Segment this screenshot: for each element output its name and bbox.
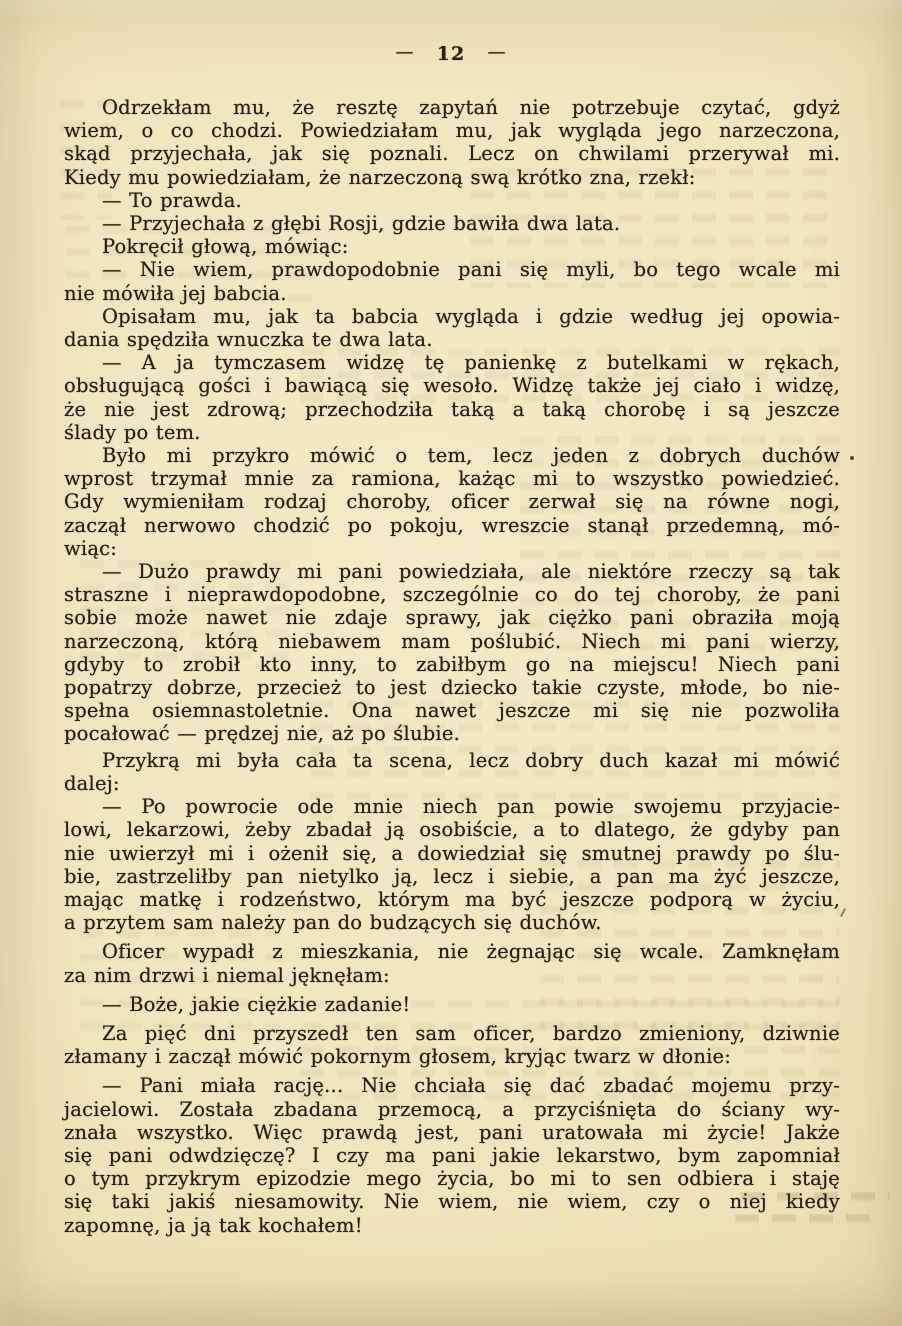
paragraph: Opisałam mu, jak ta babcia wygląda i gdz… bbox=[64, 305, 840, 351]
paragraph: — Po powrocie ode mnie niech pan powie s… bbox=[64, 795, 840, 934]
text-line: — To prawda. bbox=[64, 189, 840, 212]
page-number: 12 bbox=[437, 43, 465, 65]
text-line: — A ja tymczasem widzę tę panienkę z but… bbox=[64, 351, 840, 374]
paragraph: Przykrą mi była cała ta scena, lecz dobr… bbox=[64, 749, 840, 795]
text-line: bie, zastrzeliłby pan nietylko ją, lecz … bbox=[64, 865, 840, 888]
paragraph: Odrzekłam mu, że resztę zapytań nie potr… bbox=[64, 96, 840, 189]
text-line: nie uwierzył mi i ożenił się, a dowiedzi… bbox=[64, 842, 840, 865]
text-line: Za pięć dni przyszedł ten sam oficer, ba… bbox=[64, 1022, 840, 1045]
text-line: Odrzekłam mu, że resztę zapytań nie potr… bbox=[64, 96, 840, 119]
text-line: a przytem sam należy pan do budzących si… bbox=[64, 911, 840, 934]
paragraph: — Dużo prawdy mi pani powiedziała, ale n… bbox=[64, 560, 840, 746]
text-line: mając matkę i rodzeństwo, którym ma być … bbox=[64, 888, 840, 911]
text-line: Przykrą mi była cała ta scena, lecz dobr… bbox=[64, 749, 840, 772]
paragraph: — Przyjechała z głębi Rosji, gdzie bawił… bbox=[64, 212, 840, 235]
text-line: dania spędziła wnuczka te dwa lata. bbox=[64, 328, 840, 351]
text-line: gdyby to zrobił kto inny, to zabiłbym go… bbox=[64, 653, 840, 676]
paragraph: — Boże, jakie ciężkie zadanie! bbox=[64, 993, 840, 1016]
ink-speck bbox=[850, 456, 854, 460]
text-line: narzeczoną, którą niebawem mam poślubić.… bbox=[64, 630, 840, 653]
text-line: — Po powrocie ode mnie niech pan powie s… bbox=[64, 795, 840, 818]
text-line: obsługującą gości i bawiącą się wesoło. … bbox=[64, 374, 840, 397]
text-line: o tym przykrym epizodzie mego życia, bo … bbox=[64, 1167, 840, 1190]
text-line: jacielowi. Została zbadana przemocą, a p… bbox=[64, 1098, 840, 1121]
text-line: że nie jest zdrową; przechodziła taką a … bbox=[64, 398, 840, 421]
text-line: Było mi przykro mówić o tem, lecz jeden … bbox=[64, 444, 840, 467]
text-line: skąd przyjechała, jak się poznali. Lecz … bbox=[64, 142, 840, 165]
text-line: ślady po tem. bbox=[64, 421, 840, 444]
text-line: — Nie wiem, prawdopodobnie pani się myli… bbox=[64, 258, 840, 281]
text-line: — Pani miała rację... Nie chciała się da… bbox=[64, 1074, 840, 1097]
text-line: Oficer wypadł z mieszkania, nie żegnając… bbox=[64, 940, 840, 963]
text-line: — Przyjechała z głębi Rosji, gdzie bawił… bbox=[64, 212, 840, 235]
text-line: — Dużo prawdy mi pani powiedziała, ale n… bbox=[64, 560, 840, 583]
book-page-scan: —12— Odrzekłam mu, że resztę zapytań nie… bbox=[0, 0, 902, 1326]
text-line: spełna osiemnastoletnie. Ona nawet jeszc… bbox=[64, 699, 840, 722]
paragraph: — To prawda. bbox=[64, 189, 840, 212]
text-line: się taki jakiś niesamowity. Nie wiem, ni… bbox=[64, 1190, 840, 1213]
text-line: się pani odwdzięczę? I czy ma pani jakie… bbox=[64, 1144, 840, 1167]
text-line: złamany i zaczął mówić pokornym głosem, … bbox=[64, 1045, 840, 1068]
paragraph: Za pięć dni przyszedł ten sam oficer, ba… bbox=[64, 1022, 840, 1068]
text-line: Gdy wymieniłam rodzaj choroby, oficer ze… bbox=[64, 490, 840, 513]
text-line: zaczął nerwowo chodzić po pokoju, wreszc… bbox=[64, 514, 840, 537]
text-line: lowi, lekarzowi, żeby zbadał ją osobiści… bbox=[64, 818, 840, 841]
ink-speck bbox=[840, 908, 846, 917]
header-left-dash: — bbox=[396, 41, 415, 63]
text-line: zapomnę, ja ją tak kochałem! bbox=[64, 1214, 840, 1237]
paragraph: — A ja tymczasem widzę tę panienkę z but… bbox=[64, 351, 840, 444]
text-line: nie mówiła jej babcia. bbox=[64, 282, 840, 305]
text-line: dalej: bbox=[64, 772, 840, 795]
text-line: wiąc: bbox=[64, 537, 840, 560]
text-line: Kiedy mu powiedziałam, że narzeczoną swą… bbox=[64, 166, 840, 189]
text-line: za nim drzwi i niemal jęknęłam: bbox=[64, 964, 840, 987]
text-line: wiem, o co chodzi. Powiedziałam mu, jak … bbox=[64, 119, 840, 142]
header-right-dash: — bbox=[488, 41, 507, 63]
text-line: — Boże, jakie ciężkie zadanie! bbox=[64, 993, 840, 1016]
text-line: straszne i nieprawdopodobne, szczególnie… bbox=[64, 583, 840, 606]
text-line: popatrzy dobrze, przecież to jest dzieck… bbox=[64, 676, 840, 699]
text-line: znała wszystko. Więc prawdą jest, pani u… bbox=[64, 1121, 840, 1144]
text-line: Opisałam mu, jak ta babcia wygląda i gdz… bbox=[64, 305, 840, 328]
page-header: —12— bbox=[0, 43, 902, 65]
paragraph: — Nie wiem, prawdopodobnie pani się myli… bbox=[64, 258, 840, 304]
paragraph: Było mi przykro mówić o tem, lecz jeden … bbox=[64, 444, 840, 560]
text-line: pocałować — prędzej nie, aż po ślubie. bbox=[64, 722, 840, 745]
paragraph: Oficer wypadł z mieszkania, nie żegnając… bbox=[64, 940, 840, 986]
paragraph: Pokręcił głową, mówiąc: bbox=[64, 235, 840, 258]
paragraph: — Pani miała rację... Nie chciała się da… bbox=[64, 1074, 840, 1236]
text-line: Pokręcił głową, mówiąc: bbox=[64, 235, 840, 258]
text-line: wprost trzymał mnie za ramiona, każąc mi… bbox=[64, 467, 840, 490]
text-line: sobie może nawet nie zdaje sprawy, jak c… bbox=[64, 606, 840, 629]
text-block: Odrzekłam mu, że resztę zapytań nie potr… bbox=[64, 96, 840, 1237]
